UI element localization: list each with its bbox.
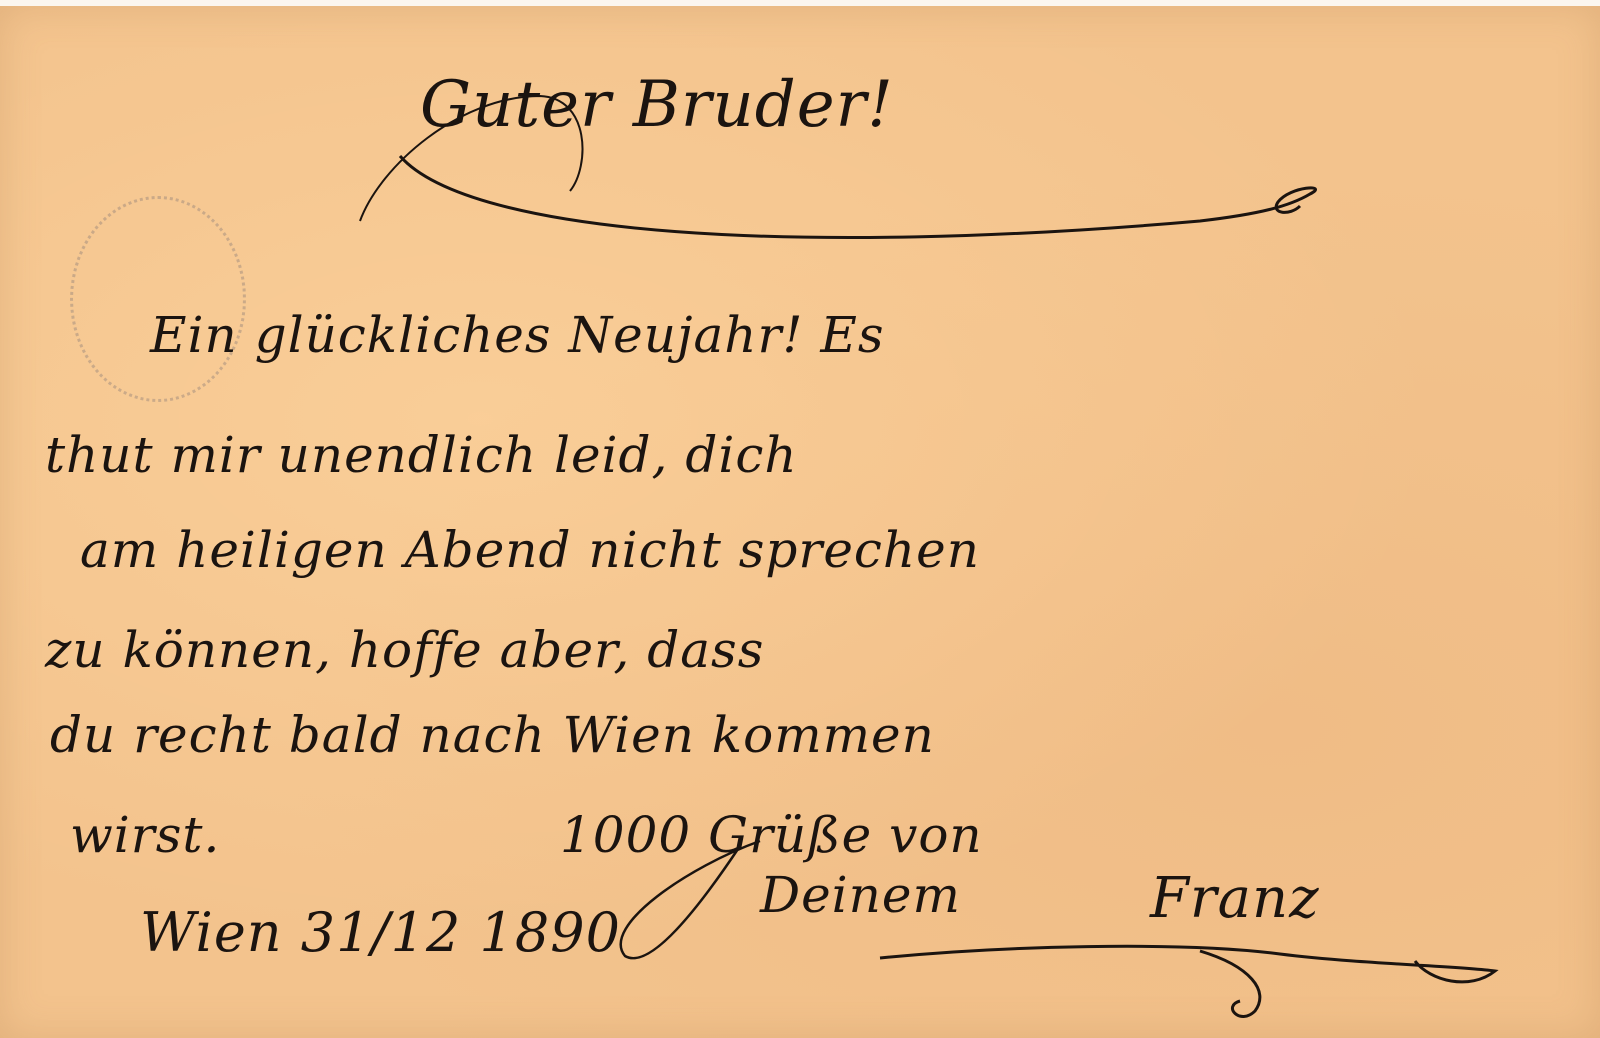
- body-line-2: thut mir unendlich leid, dich: [45, 426, 798, 484]
- place-date: Wien 31/12 1890: [140, 901, 621, 964]
- body-line-1: Ein glückliches Neujahr! Es: [150, 306, 885, 364]
- signature-tail-flourish: [1200, 951, 1260, 1016]
- salutation-underline-flourish: [400, 156, 1316, 238]
- greeting-line: 1000 Grüße von: [560, 806, 983, 864]
- signature: Franz: [1150, 866, 1320, 931]
- salutation: Guter Bruder!: [420, 68, 894, 142]
- body-line-5: du recht bald nach Wien kommen: [50, 706, 935, 764]
- postcard: Guter Bruder! Ein glückliches Neujahr! E…: [0, 6, 1600, 1038]
- signature-underline-flourish: [880, 946, 1495, 982]
- body-line-6: wirst.: [70, 806, 220, 864]
- body-line-4: zu können, hoffe aber, dass: [45, 621, 764, 679]
- faded-postmark: [70, 196, 246, 402]
- body-line-3: am heiligen Abend nicht sprechen: [80, 521, 980, 579]
- closing-word: Deinem: [760, 866, 961, 924]
